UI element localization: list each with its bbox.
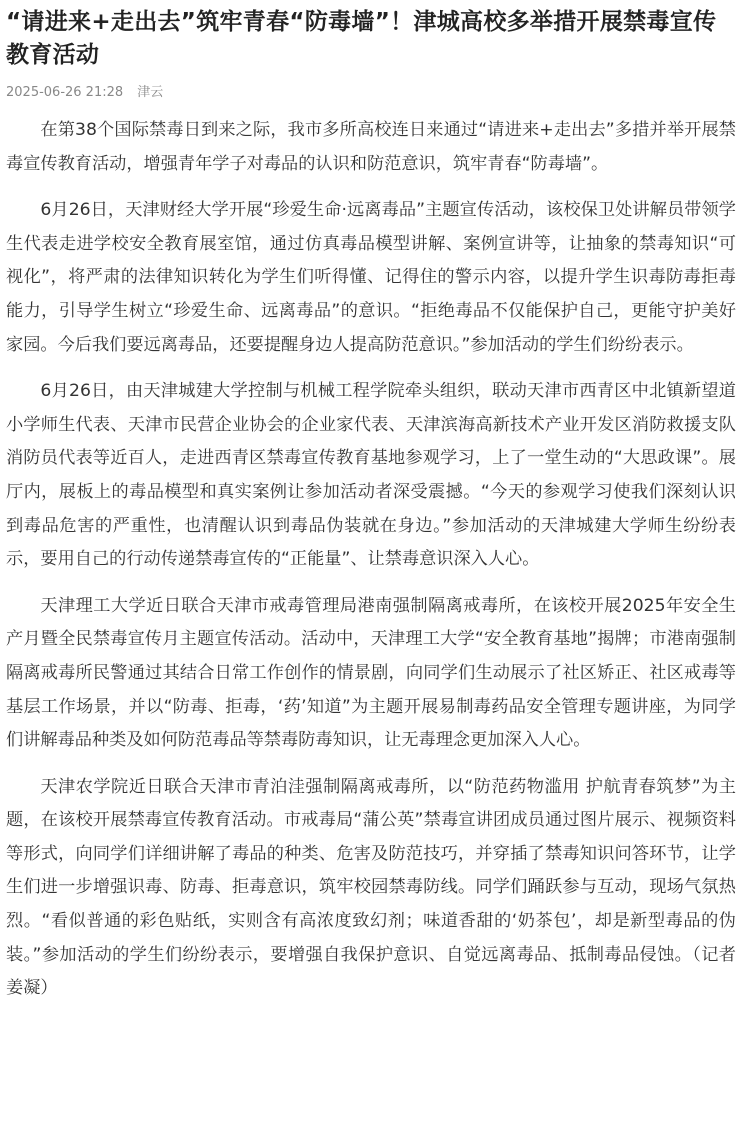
article-paragraph-tjufe: 6月26日，天津财经大学开展“珍爱生命·远离毒品”主题宣传活动，该校保卫处讲解员…	[6, 194, 736, 362]
article-paragraph-intro: 在第38个国际禁毒日到来之际，我市多所高校连日来通过“请进来+走出去”多措并举开…	[6, 114, 736, 181]
article-source: 津云	[137, 85, 163, 100]
article-paragraph-tcu: 6月26日，由天津城建大学控制与机械工程学院牵头组织，联动天津市西青区中北镇新望…	[6, 375, 736, 577]
article-meta: 2025-06-26 21:28 津云	[6, 84, 736, 102]
publish-datetime: 2025-06-26 21:28	[6, 85, 123, 100]
article-title: “请进来+走出去”筑牢青春“防毒墙”！津城高校多举措开展禁毒宣传教育活动	[6, 0, 736, 72]
article-paragraph-tjut: 天津理工大学近日联合天津市戒毒管理局港南强制隔离戒毒所，在该校开展2025年安全…	[6, 590, 736, 758]
article-paragraph-tjau: 天津农学院近日联合天津市青泊洼强制隔离戒毒所，以“防范药物滥用 护航青春筑梦”为…	[6, 771, 736, 1006]
article: “请进来+走出去”筑牢青春“防毒墙”！津城高校多举措开展禁毒宣传教育活动 202…	[0, 0, 744, 1006]
